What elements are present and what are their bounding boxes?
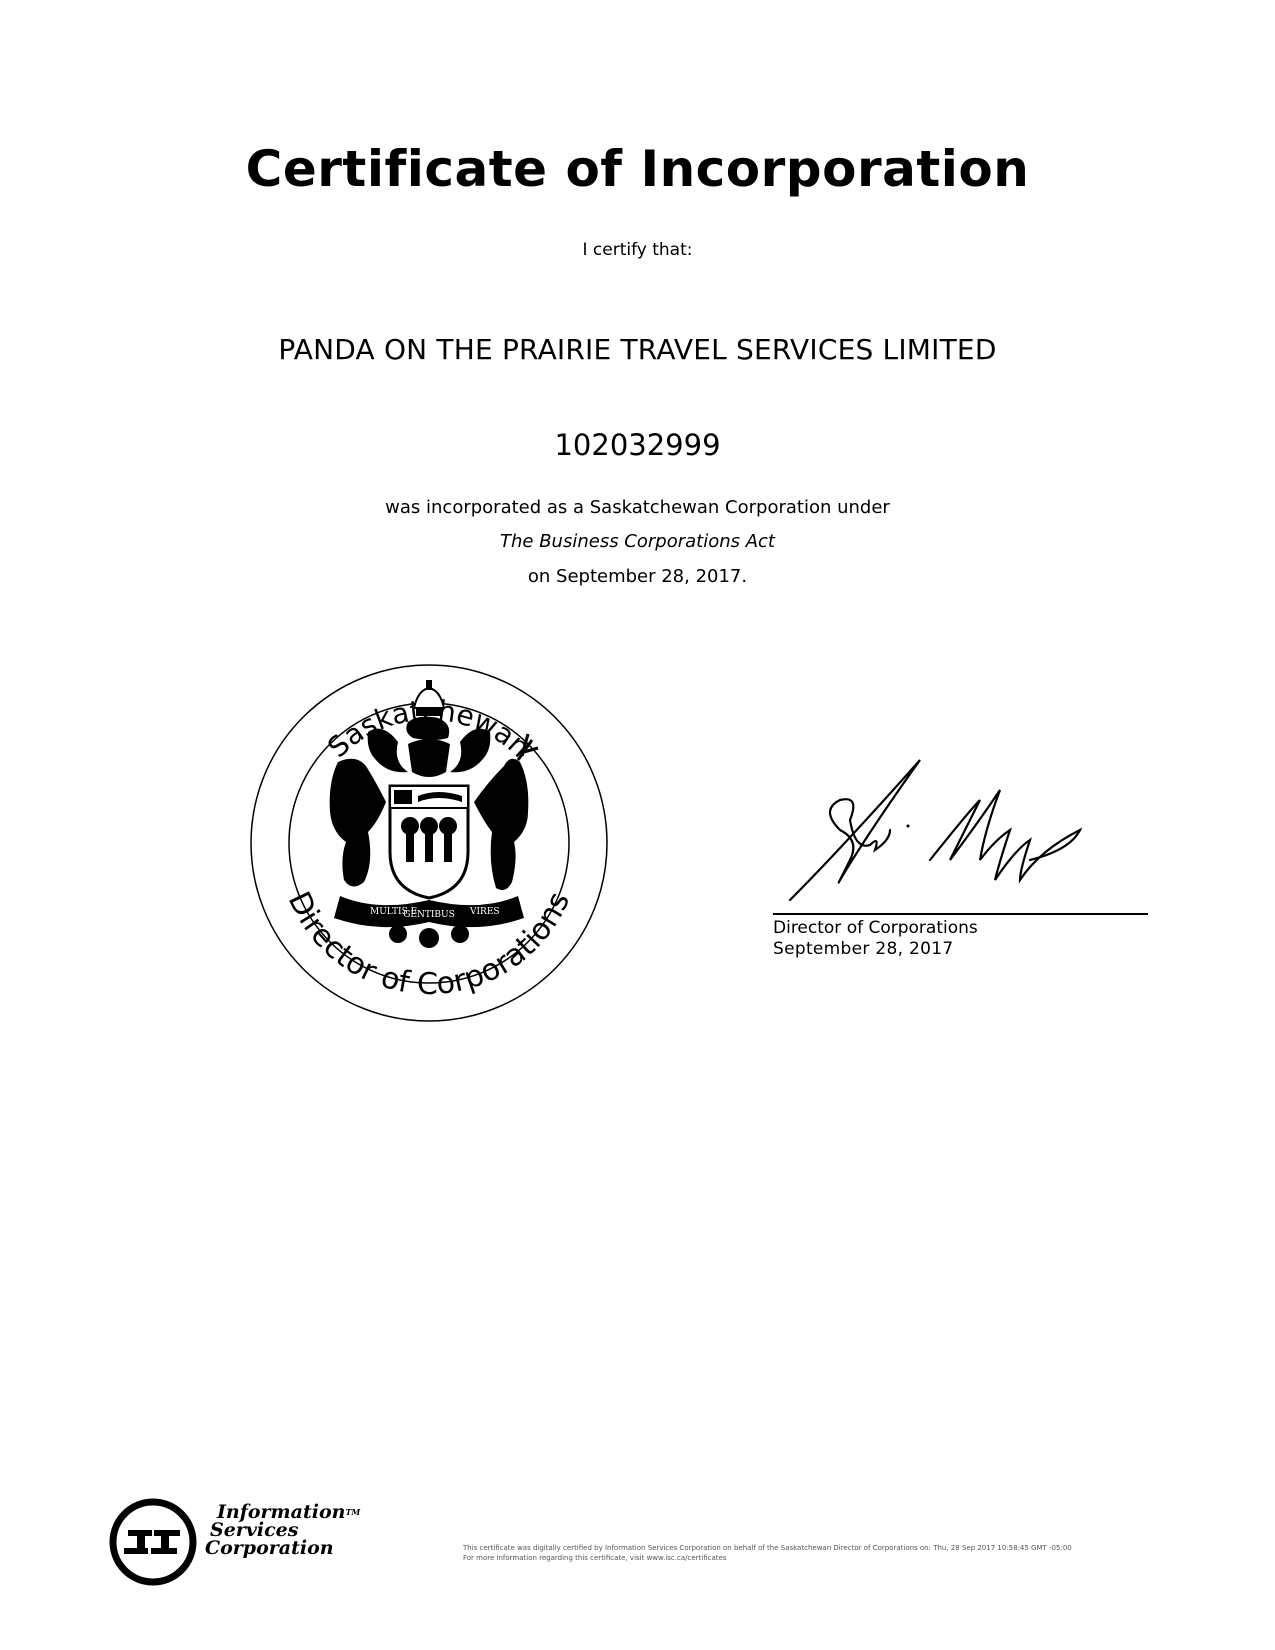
corporation-name: PANDA ON THE PRAIRIE TRAVEL SERVICES LIM… (0, 333, 1275, 366)
crown-icon (414, 680, 444, 716)
signature-date: September 28, 2017 (773, 939, 953, 960)
act-name: The Business Corporations Act (0, 531, 1275, 552)
corporation-number: 102032999 (0, 428, 1275, 462)
incorporation-date: on September 28, 2017. (0, 566, 1275, 587)
isc-wordmark: InformationTM Services Corporation (205, 1503, 360, 1557)
document-title: Certificate of Incorporation (0, 140, 1275, 198)
certification-fine-print: This certificate was digitally certified… (463, 1543, 1072, 1563)
logo-line-3: Corporation (205, 1539, 360, 1557)
signatory-title: Director of Corporations (773, 918, 978, 939)
trademark: TM (345, 1507, 360, 1517)
motto-center: GENTIBUS (403, 910, 455, 920)
signature-line (773, 913, 1148, 915)
director-signature (780, 750, 1100, 910)
certify-intro: I certify that: (0, 240, 1275, 260)
isc-logo-icon (108, 1497, 198, 1587)
saskatchewan-seal-icon: Saskatchewan Director of Corporations MU… (248, 662, 610, 1024)
fine-print-line-1: This certificate was digitally certified… (463, 1543, 1072, 1553)
fine-print-line-2: For more information regarding this cert… (463, 1553, 1072, 1563)
motto-right: VIRES (469, 907, 500, 917)
incorporation-statement: was incorporated as a Saskatchewan Corpo… (0, 497, 1275, 518)
